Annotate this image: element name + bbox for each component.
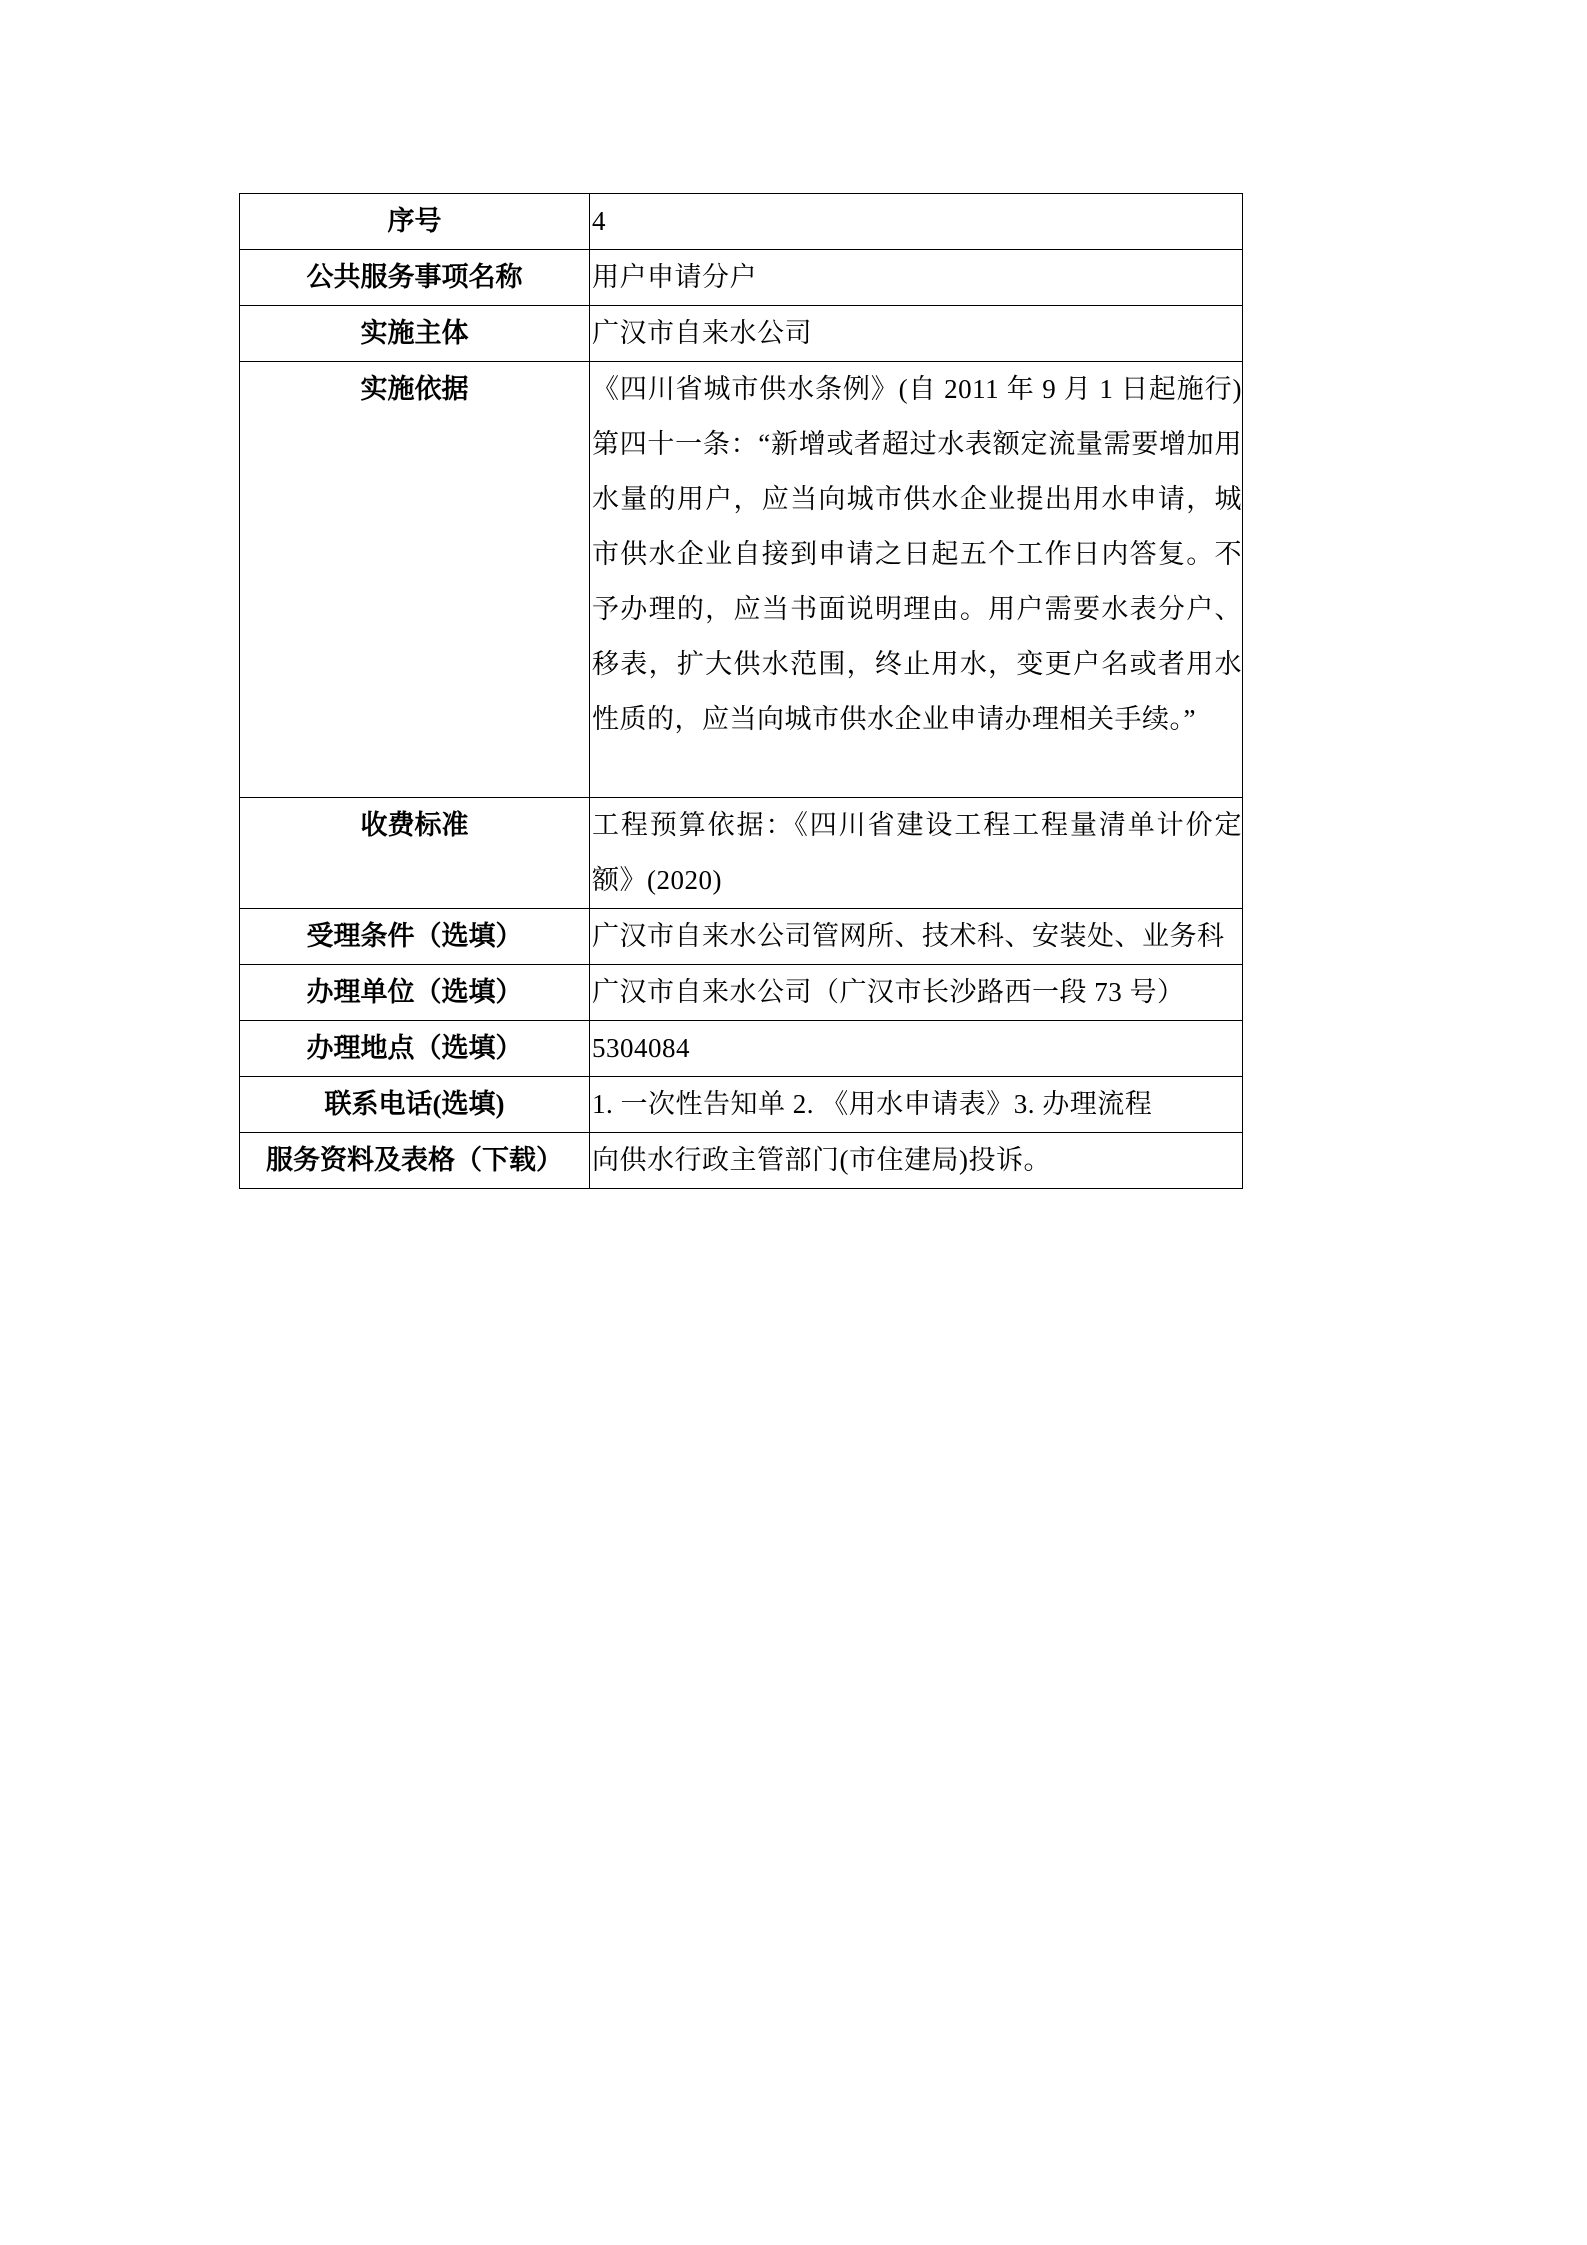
row-label: 序号: [240, 194, 590, 250]
row-value: 向供水行政主管部门(市住建局)投诉。: [590, 1133, 1243, 1189]
row-value: 广汉市自来水公司: [590, 306, 1243, 362]
table-row-service-name: 公共服务事项名称 用户申请分户: [240, 250, 1243, 306]
row-value: 广汉市自来水公司（广汉市长沙路西一段 73 号）: [590, 965, 1243, 1021]
table-row-legal-basis: 实施依据 《四川省城市供水条例》(自 2011 年 9 月 1 日起施行)第四十…: [240, 362, 1243, 798]
document-page: 序号 4 公共服务事项名称 用户申请分户 实施主体 广汉市自来水公司 实施依据 …: [0, 0, 1587, 2245]
row-value: 工程预算依据：《四川省建设工程工程量清单计价定额》(2020): [590, 798, 1243, 909]
table-row-contact-phone: 联系电话(选填) 1. 一次性告知单 2. 《用水申请表》3. 办理流程: [240, 1077, 1243, 1133]
row-value: 1. 一次性告知单 2. 《用水申请表》3. 办理流程: [590, 1077, 1243, 1133]
row-label: 公共服务事项名称: [240, 250, 590, 306]
row-label: 实施主体: [240, 306, 590, 362]
table-row-implementing-body: 实施主体 广汉市自来水公司: [240, 306, 1243, 362]
row-value: 5304084: [590, 1021, 1243, 1077]
row-value: 《四川省城市供水条例》(自 2011 年 9 月 1 日起施行)第四十一条：“新…: [590, 362, 1243, 798]
row-value: 用户申请分户: [590, 250, 1243, 306]
row-label: 服务资料及表格（下载）: [240, 1133, 590, 1189]
table-row-serial-number: 序号 4: [240, 194, 1243, 250]
row-value: 4: [590, 194, 1243, 250]
row-label: 办理单位（选填）: [240, 965, 590, 1021]
table-row-acceptance-conditions: 受理条件（选填） 广汉市自来水公司管网所、技术科、安装处、业务科: [240, 909, 1243, 965]
row-label: 收费标准: [240, 798, 590, 909]
table-row-handling-location: 办理地点（选填） 5304084: [240, 1021, 1243, 1077]
table-row-handling-unit: 办理单位（选填） 广汉市自来水公司（广汉市长沙路西一段 73 号）: [240, 965, 1243, 1021]
public-service-table: 序号 4 公共服务事项名称 用户申请分户 实施主体 广汉市自来水公司 实施依据 …: [239, 193, 1243, 1189]
row-label: 受理条件（选填）: [240, 909, 590, 965]
row-value: 广汉市自来水公司管网所、技术科、安装处、业务科: [590, 909, 1243, 965]
table-row-fee-standard: 收费标准 工程预算依据：《四川省建设工程工程量清单计价定额》(2020): [240, 798, 1243, 909]
table-row-service-materials: 服务资料及表格（下载） 向供水行政主管部门(市住建局)投诉。: [240, 1133, 1243, 1189]
row-label: 联系电话(选填): [240, 1077, 590, 1133]
row-label: 办理地点（选填）: [240, 1021, 590, 1077]
row-label: 实施依据: [240, 362, 590, 798]
